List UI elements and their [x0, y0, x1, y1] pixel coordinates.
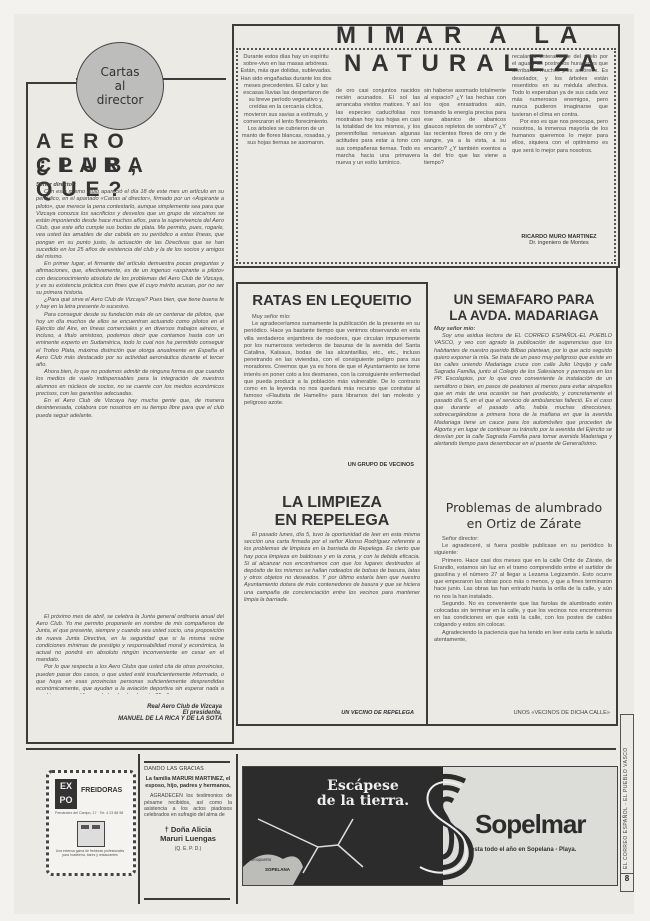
- obituary-deceased-line-1: Doña Alicia: [171, 825, 212, 834]
- obituary-heading: DANDO LAS GRACIAS: [144, 766, 232, 772]
- ratas-body: Muy señor mío: Le agradeceríamos sumamen…: [244, 314, 420, 442]
- obituary-deceased: † Doña Alicia Maruri Luengas: [144, 825, 232, 843]
- limpieza-headline-2: EN REPELEGA: [240, 512, 424, 530]
- map-label-1: Aeropuerto: [249, 857, 272, 862]
- obituary-top-rule: [144, 761, 230, 763]
- obituary-bottom-rule: [144, 898, 230, 900]
- aero-club-p4: Para conseguir desde su fundación más de…: [36, 312, 224, 370]
- naturaleza-headline-1: MIMAR A LA: [336, 22, 596, 50]
- semaforo-headline-2: LA AVDA. MADARIAGA: [432, 308, 616, 323]
- aero-club-sig-name: MANUEL DE LA RICA Y DE LA SOTA: [36, 716, 222, 722]
- obituary-deceased-line-2: Maruri Luengas: [160, 834, 216, 843]
- newspaper-page: Cartas al director AERO CLUB, ¿PARA QUE?…: [14, 14, 634, 914]
- expo-logo-line-2: PO: [55, 793, 77, 807]
- alumbrado-body: Señor director: Le agradeceré, si fuera …: [434, 536, 612, 704]
- badge-line-3: director: [97, 93, 144, 107]
- expo-address: Fernández del Campo, 17 · Tel. 4 23 88 9…: [55, 811, 125, 815]
- limpieza-body: El pasado lunes, día 5, tuvo la oportuni…: [244, 532, 420, 712]
- alumbrado-headline-1: Problemas de alumbrado: [432, 500, 616, 515]
- expo-title: FREIDORAS: [81, 787, 122, 794]
- sopelmar-tagline: esta todo el año en Sopelana - Playa.: [471, 847, 615, 853]
- badge-line-2: al: [115, 79, 126, 93]
- lower-section-rule: [26, 748, 616, 750]
- limpieza-signature: UN VECINO DE REPELEGA: [304, 710, 414, 716]
- aero-club-body: Señor director: Con este mismo título ap…: [36, 182, 224, 652]
- alumbrado-p1: Le agradeceré, si fuera posible publicas…: [434, 543, 612, 557]
- naturaleza-col-4: recalando enteramente del suelo por el a…: [512, 54, 608, 220]
- limpieza-headline-1: LA LIMPIEZA: [240, 494, 424, 512]
- aero-club-p7: El próximo mes de abril, se celebra la J…: [36, 614, 224, 664]
- naturaleza-sig-role: Dr. ingeniero de Montes: [512, 240, 606, 246]
- section-badge-cartas-al-director: Cartas al director: [76, 42, 164, 130]
- cross-icon: †: [165, 825, 169, 834]
- expo-ad[interactable]: EX PO FREIDORAS Fernández del Campo, 17 …: [46, 770, 136, 876]
- semaforo-headline-1: UN SEMAFARO PARA: [432, 292, 616, 307]
- badge-line-1: Cartas: [101, 65, 140, 79]
- alumbrado-p4: Agradeciendo la paciencia que ha tenido …: [434, 630, 612, 644]
- obituary-notice: DANDO LAS GRACIAS La familia MARURI MART…: [144, 766, 232, 898]
- obituary-rip: (Q. E. P. D.): [144, 846, 232, 852]
- semaforo-body: Muy señor mío: Soy una asidua lectora de…: [434, 326, 612, 486]
- obituary-body: AGRADECEN los testimonios de pésame reci…: [144, 793, 232, 819]
- sopelmar-brand: Sopelmar: [475, 809, 586, 840]
- aero-club-p8: Por lo que respecta a los Aero Clubs que…: [36, 664, 224, 694]
- obituary-family: La familia MARURI MARTINEZ, el esposo, h…: [144, 776, 232, 789]
- ratas-text: Le agradeceríamos sumamente la publicaci…: [244, 321, 420, 407]
- naturaleza-col-3: sin haberse asomado totalmente al espaci…: [424, 88, 506, 256]
- fryer-icon: [77, 821, 105, 847]
- alumbrado-signature: UNOS «VECINOS DE DICHA CALLE»: [474, 710, 610, 716]
- aero-club-salutation: Señor director:: [36, 182, 224, 189]
- naturaleza-signature: RICARDO MURO MARTINEZ Dr. ingeniero de M…: [512, 234, 606, 246]
- aero-club-body-end: El próximo mes de abril, se celebra la J…: [36, 614, 224, 694]
- expo-footer: Una extensa gama de freidoras profesiona…: [55, 849, 125, 857]
- naturaleza-col-1: Durante estos días hay un espíritu sobre…: [240, 54, 332, 254]
- alumbrado-headline-2: en Ortiz de Zárate: [432, 516, 616, 531]
- map-label-2: SOPELANA: [265, 867, 291, 872]
- ratas-headline: RATAS EN LEQUEITIO: [242, 292, 422, 309]
- aero-club-signature: Real Aero Club de Vizcaya El presidente,…: [36, 704, 222, 722]
- expo-logo-line-1: EX: [55, 779, 77, 793]
- aero-club-p2: En primer lugar, el firmante del artícul…: [36, 261, 224, 297]
- folio-text: EL CORREO ESPAÑOL - EL PUEBLO VASCO: [623, 719, 629, 869]
- aero-club-p3: ¿Para qué sirve el Aero Club de Vizcaya?…: [36, 297, 224, 311]
- obituary-left-rule: [138, 754, 140, 904]
- ratas-salutation: Muy señor mío:: [244, 314, 420, 321]
- aero-club-p1: Con este mismo título apareció el día 18…: [36, 189, 224, 261]
- alumbrado-p3: Segundo. No es conveniente que las farol…: [434, 601, 612, 630]
- obituary-right-rule: [236, 754, 238, 904]
- page-number: 8: [621, 873, 633, 888]
- aero-club-p5: Ahora bien, lo que no podemos admitir de…: [36, 369, 224, 398]
- ratas-signature: UN GRUPO DE VECINOS: [314, 462, 414, 468]
- alumbrado-p2: Primero. Hace casi dos meses que en la c…: [434, 558, 612, 601]
- sopelmar-ad[interactable]: Escápese de la tierra. Aeropuerto SOPELA…: [242, 766, 618, 886]
- semaforo-text: Soy una asidua lectora de EL CORREO ESPA…: [434, 333, 612, 448]
- naturaleza-col-4-a: recalando enteramente del suelo por el a…: [512, 54, 608, 119]
- sopelmar-s-logo-icon: [395, 767, 485, 885]
- aero-club-p6: En el Aero Club de Vizcaya hay mucha gen…: [36, 398, 224, 420]
- naturaleza-col-2: de oro casi conjuntos nacidos recién acu…: [336, 88, 420, 256]
- naturaleza-col-4-b: Por eso es que nos preocupa, pero nosotr…: [512, 119, 608, 155]
- folio-strip: EL CORREO ESPAÑOL - EL PUEBLO VASCO 8: [620, 714, 634, 892]
- expo-logo: EX PO: [55, 779, 77, 809]
- alumbrado-salutation: Señor director:: [434, 536, 612, 543]
